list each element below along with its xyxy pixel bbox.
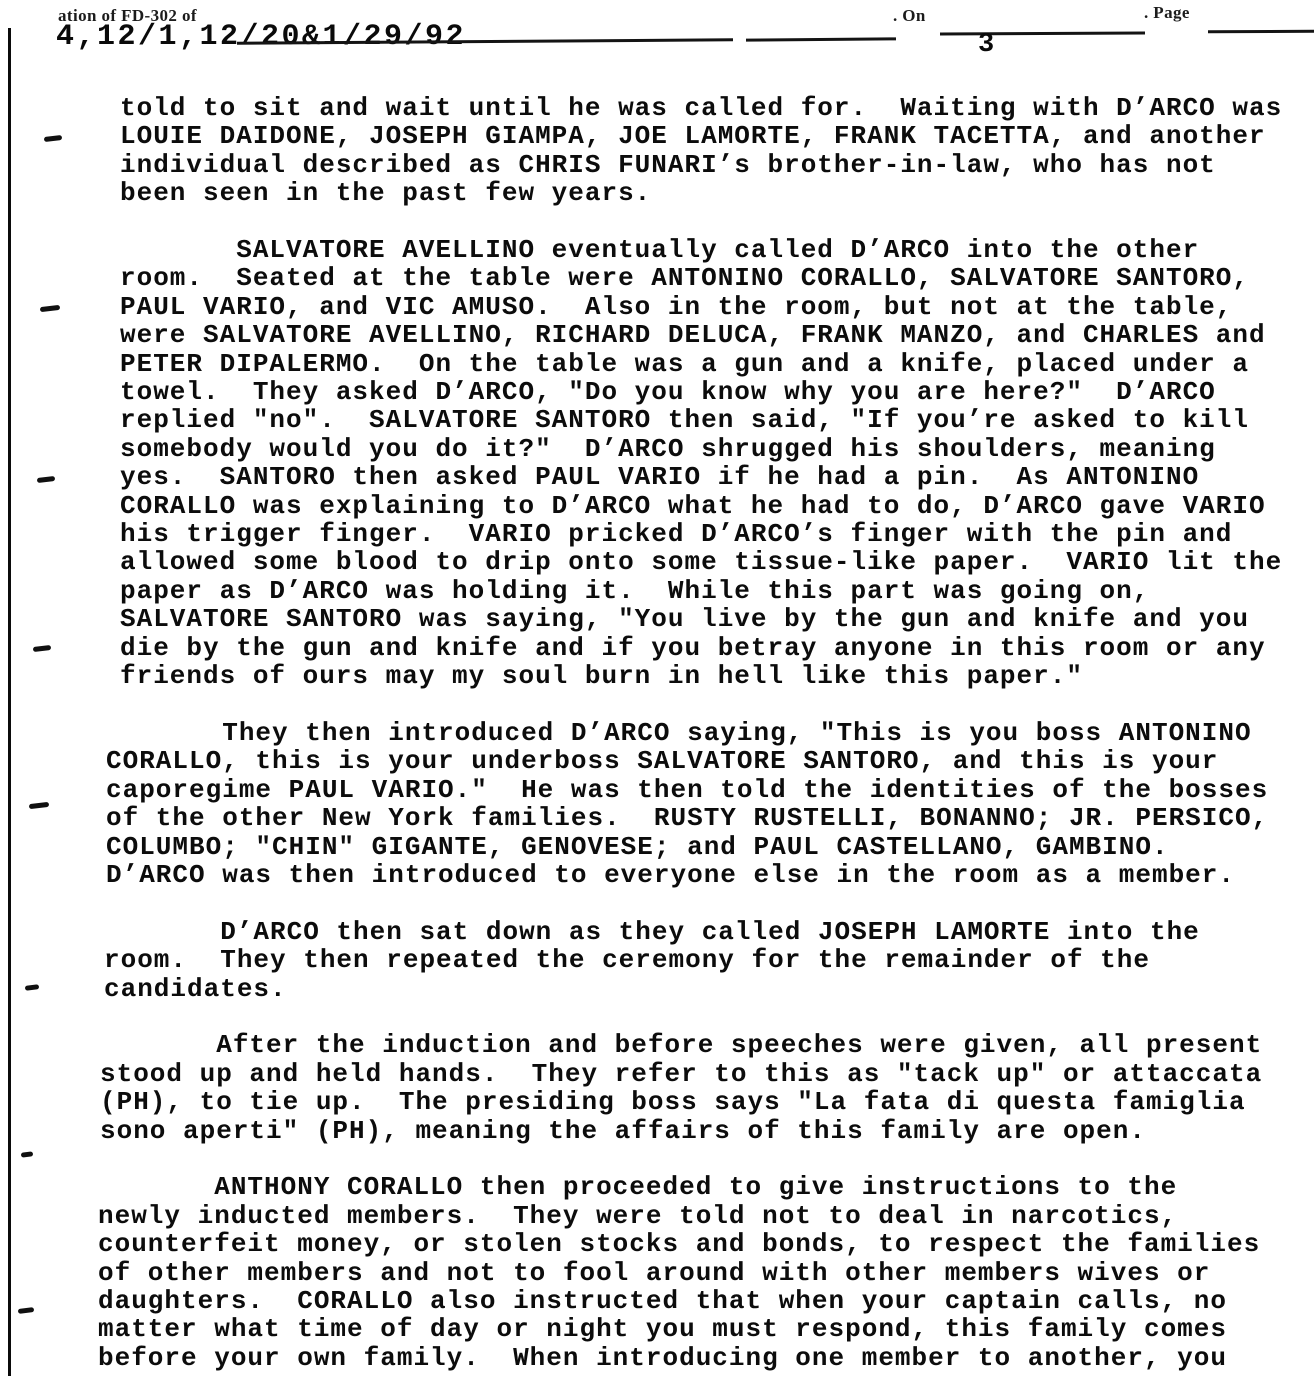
document-page: ation of FD-302 of 4,12/1,12/20&1/29/92 …	[0, 0, 1314, 1376]
handwritten-check-mark	[33, 645, 51, 652]
handwritten-check-mark	[18, 1307, 34, 1314]
handwritten-check-mark	[44, 135, 62, 142]
page-label: . Page	[1144, 3, 1190, 23]
on-blank-line	[940, 31, 1145, 35]
handwritten-check-mark	[29, 802, 49, 809]
interview-dates-value: 4,12/1,12/20&1/29/92	[56, 20, 466, 54]
handwritten-check-mark	[25, 984, 40, 991]
paragraph: D’ARCO then sat down as they called JOSE…	[104, 918, 1282, 1003]
handwritten-check-mark	[21, 1151, 34, 1157]
document-body: told to sit and wait until he was called…	[98, 94, 1282, 1372]
paragraph: ANTHONY CORALLO then proceeded to give i…	[98, 1173, 1282, 1372]
paragraph: SALVATORE AVELLINO eventually called D’A…	[120, 236, 1282, 691]
paragraph: After the induction and before speeches …	[100, 1031, 1282, 1145]
handwritten-check-mark	[40, 305, 60, 312]
page-number-value: 3	[978, 30, 994, 60]
scan-edge-line	[8, 28, 11, 1376]
title-blank-line-2	[746, 37, 896, 41]
on-label: . On	[893, 6, 926, 26]
handwritten-check-mark	[37, 476, 55, 483]
paragraph: They then introduced D’ARCO saying, "Thi…	[106, 719, 1282, 889]
paragraph: told to sit and wait until he was called…	[120, 94, 1282, 208]
page-blank-line	[1208, 30, 1314, 34]
